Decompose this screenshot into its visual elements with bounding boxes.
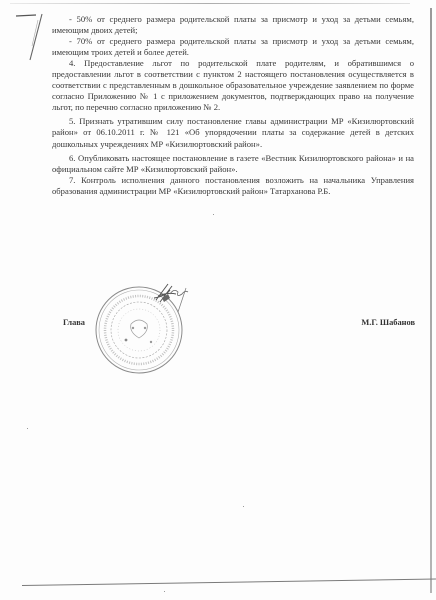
page-top-edge <box>10 3 410 4</box>
page-bottom-edge <box>22 578 436 586</box>
page-right-edge <box>430 8 432 593</box>
scan-speck <box>213 214 214 215</box>
scan-speck <box>27 428 28 429</box>
signature-scribble-icon <box>150 282 195 322</box>
paragraph-item-6: 6. Опубликовать настоящее постановление … <box>52 153 414 175</box>
paragraph-item-7: 7. Контроль исполнения данного постановл… <box>52 175 414 197</box>
document-body: - 50% от среднего размера родительской п… <box>52 14 414 197</box>
paragraph-benefit-70: - 70% от среднего размера родительской п… <box>52 36 414 58</box>
scan-speck <box>243 506 244 507</box>
scan-speck <box>164 591 165 592</box>
paragraph-benefit-50: - 50% от среднего размера родительской п… <box>52 14 414 36</box>
document-page: - 50% от среднего размера родительской п… <box>0 0 436 600</box>
signatory-name: М.Г. Шабанов <box>361 318 415 327</box>
paragraph-item-5: 5. Признать утратившим силу постановлени… <box>52 116 414 149</box>
paragraph-item-4: 4. Предоставление льгот по родительской … <box>52 58 414 113</box>
signature-block: Глава М.Г. Шабанов <box>63 318 415 332</box>
signatory-title: Глава <box>63 318 85 327</box>
